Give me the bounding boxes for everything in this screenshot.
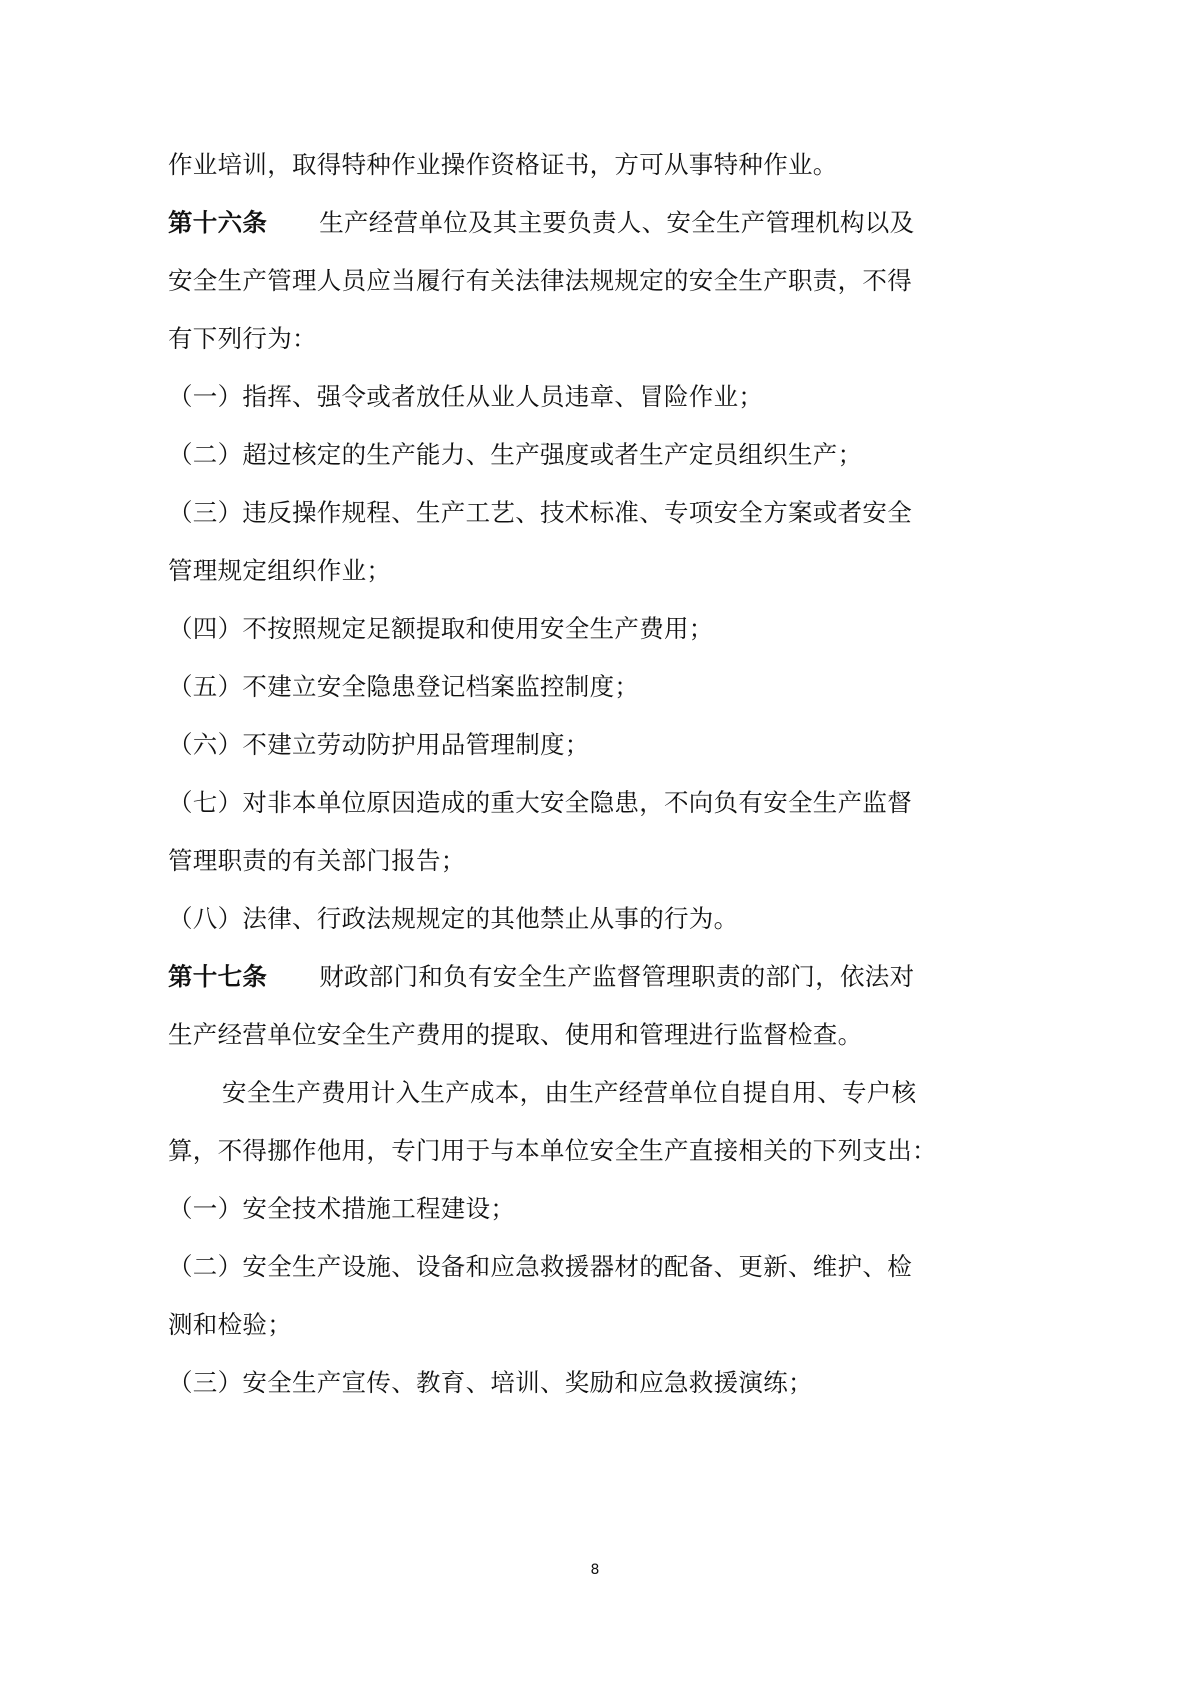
list-item: （三）违反操作规程、生产工艺、技术标准、专项安全方案或者安全: [168, 498, 948, 528]
list-item: （七）对非本单位原因造成的重大安全隐患，不向负有安全生产监督: [168, 788, 948, 818]
page-number: 8: [0, 1562, 1190, 1578]
text-line: 生产经营单位安全生产费用的提取、使用和管理进行监督检查。: [168, 1020, 948, 1050]
list-item: （八）法律、行政法规规定的其他禁止从事的行为。: [168, 904, 948, 934]
text-line: 算，不得挪作他用，专门用于与本单位安全生产直接相关的下列支出：: [168, 1136, 948, 1166]
list-item: （二）超过核定的生产能力、生产强度或者生产定员组织生产；: [168, 440, 948, 470]
list-item: （二）安全生产设施、设备和应急救援器材的配备、更新、维护、检: [168, 1252, 948, 1282]
text-line: 安全生产管理人员应当履行有关法律法规规定的安全生产职责，不得: [168, 266, 948, 296]
article-16-line: 第十六条生产经营单位及其主要负责人、安全生产管理机构以及: [168, 208, 948, 238]
list-item: （三）安全生产宣传、教育、培训、奖励和应急救援演练；: [168, 1368, 948, 1398]
article-heading: 第十六条: [168, 208, 267, 237]
article-text: 财政部门和负有安全生产监督管理职责的部门，依法对: [319, 962, 914, 991]
article-text: 生产经营单位及其主要负责人、安全生产管理机构以及: [319, 208, 914, 237]
text-line: 管理职责的有关部门报告；: [168, 846, 948, 876]
document-page: 作业培训，取得特种作业操作资格证书，方可从事特种作业。 第十六条生产经营单位及其…: [0, 0, 1190, 1683]
list-item: （一）指挥、强令或者放任从业人员违章、冒险作业；: [168, 382, 948, 412]
article-heading: 第十七条: [168, 962, 267, 991]
list-item: （一）安全技术措施工程建设；: [168, 1194, 948, 1224]
paragraph-start: 安全生产费用计入生产成本，由生产经营单位自提自用、专户核: [222, 1078, 1002, 1108]
text-line: 有下列行为：: [168, 324, 948, 354]
list-item: （五）不建立安全隐患登记档案监控制度；: [168, 672, 948, 702]
list-item: （四）不按照规定足额提取和使用安全生产费用；: [168, 614, 948, 644]
text-line: 测和检验；: [168, 1310, 948, 1340]
list-item: （六）不建立劳动防护用品管理制度；: [168, 730, 948, 760]
article-17-line: 第十七条财政部门和负有安全生产监督管理职责的部门，依法对: [168, 962, 948, 992]
text-line: 管理规定组织作业；: [168, 556, 948, 586]
text-line: 作业培训，取得特种作业操作资格证书，方可从事特种作业。: [168, 150, 948, 180]
